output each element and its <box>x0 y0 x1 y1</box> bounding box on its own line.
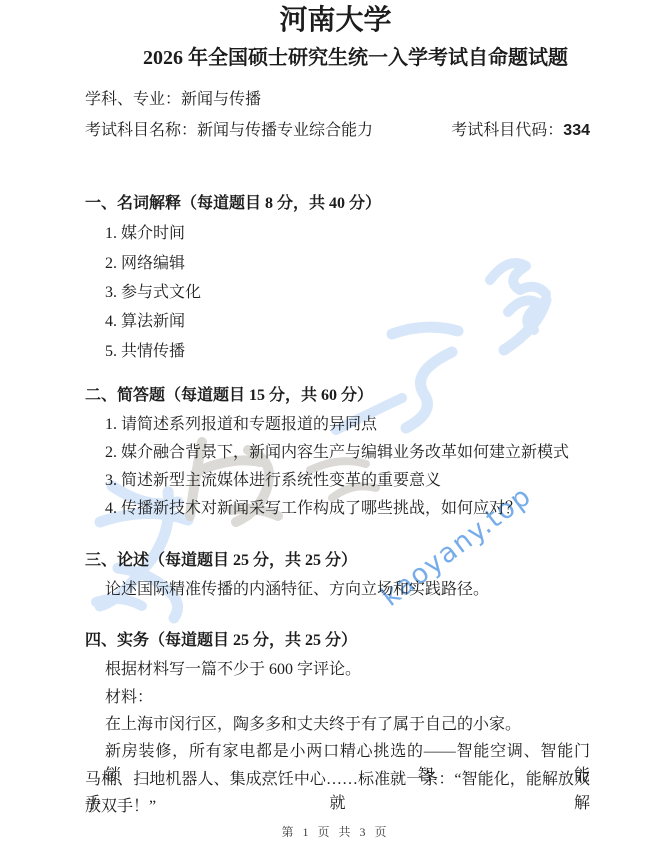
subject-name-label: 考试科目名称： <box>85 122 197 139</box>
exam-paper-page: kaoyany.top 河南大学 2026 年全国硕士研究生统一入学考试自命题试… <box>0 0 671 851</box>
subject-name: 考试科目名称：新闻与传播专业综合能力 <box>85 119 373 143</box>
major-label: 学科、专业： <box>85 91 181 108</box>
major-value: 新闻与传播 <box>181 91 261 108</box>
subject-name-value: 新闻与传播专业综合能力 <box>197 122 373 139</box>
section-2-item-3: 3. 简述新型主流媒体进行系统性变革的重要意义 <box>105 469 441 493</box>
section-1-item-4: 4. 算法新闻 <box>105 310 185 334</box>
section-1-item-3: 3. 参与式文化 <box>105 281 201 305</box>
section-4-item-1: 根据材料写一篇不少于 600 字评论。 <box>105 658 361 682</box>
section-1-item-1: 1. 媒介时间 <box>105 222 185 246</box>
section-1-heading: 一、名词解释（每道题目 8 分，共 40 分） <box>85 192 381 216</box>
subject-code-label: 考试科目代码： <box>451 122 563 139</box>
section-3-heading: 三、论述（每道题目 25 分，共 25 分） <box>85 549 357 573</box>
page-number-footer: 第 1 页 共 3 页 <box>0 820 671 844</box>
section-2-item-2: 2. 媒介融合背景下，新闻内容生产与编辑业务改革如何建立新模式 <box>105 441 569 465</box>
essay-paragraph-line-3: 放双手！” <box>85 795 156 819</box>
subject-code: 考试科目代码：334 <box>451 119 590 143</box>
section-3-item-1: 论述国际精准传播的内涵特征、方向立场和实践路径。 <box>105 578 489 602</box>
major-line: 学科、专业：新闻与传播 <box>85 88 261 112</box>
section-2-item-4: 4. 传播新技术对新闻采写工作构成了哪些挑战，如何应对？ <box>105 497 521 521</box>
section-4-material-line-1: 在上海市闵行区，陶多多和丈夫终于有了属于自己的小家。 <box>105 713 521 737</box>
section-2-heading: 二、简答题（每道题目 15 分，共 60 分） <box>85 384 373 408</box>
essay-paragraph-line-2: 马桶、扫地机器人、集成烹饪中心……标准就一条：“智能化，能解放双手就解 <box>85 768 590 816</box>
section-4-material-label: 材料： <box>105 686 153 710</box>
exam-content: 河南大学 2026 年全国硕士研究生统一入学考试自命题试题 学科、专业：新闻与传… <box>0 0 671 851</box>
section-1-item-2: 2. 网络编辑 <box>105 252 185 276</box>
exam-title: 2026 年全国硕士研究生统一入学考试自命题试题 <box>20 44 671 72</box>
subject-code-value: 334 <box>563 122 590 139</box>
section-2-item-1: 1. 请简述系列报道和专题报道的异同点 <box>105 413 377 437</box>
section-1-item-5: 5. 共情传播 <box>105 340 185 364</box>
university-title: 河南大学 <box>0 4 671 38</box>
section-4-heading: 四、实务（每道题目 25 分，共 25 分） <box>85 629 357 653</box>
subject-line: 考试科目名称：新闻与传播专业综合能力 考试科目代码：334 <box>85 119 590 143</box>
